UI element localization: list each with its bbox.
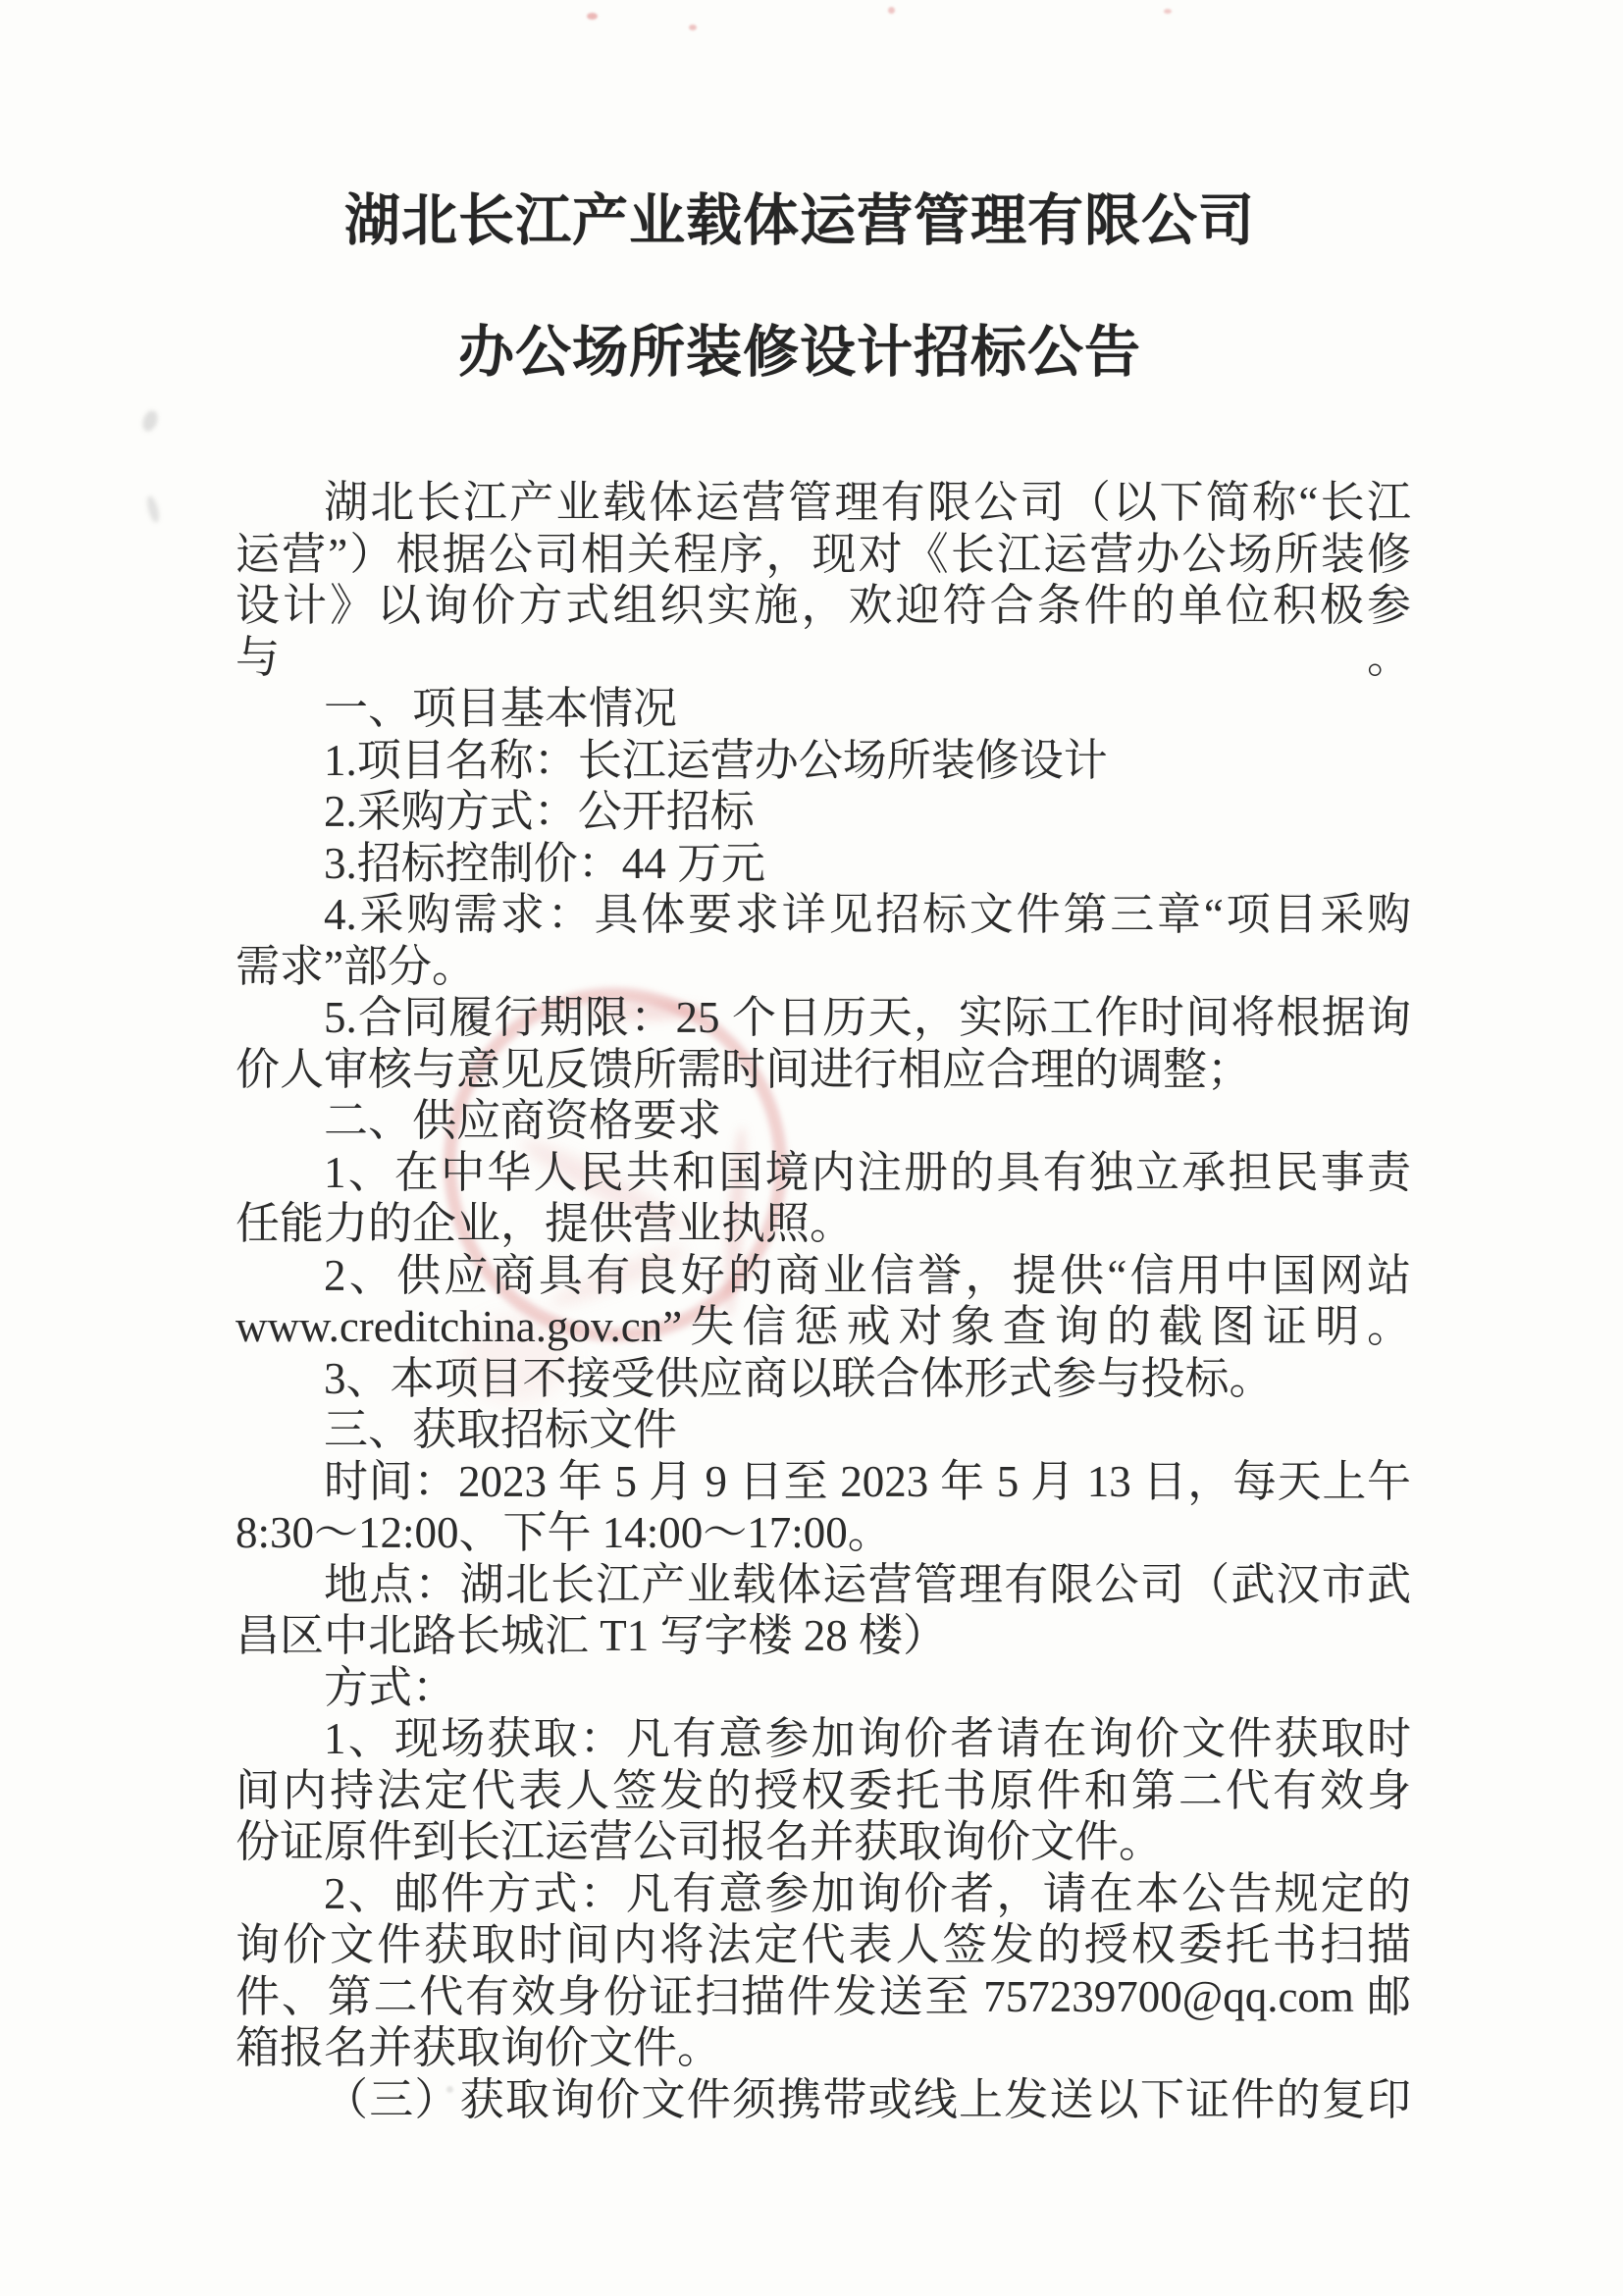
body-line: 2.采购方式：公开招标 <box>236 786 1411 838</box>
document-body: 湖北长江产业载体运营管理有限公司（以下简称“长江 运营”）根据公司相关程序，现对… <box>236 477 1411 2125</box>
body-line: 2、邮件方式：凡有意参加询价者，请在本公告规定的 <box>236 1868 1411 1920</box>
body-line: 1、现场获取：凡有意参加询价者请在询价文件获取时 <box>236 1713 1411 1765</box>
body-line: 方式： <box>236 1662 1411 1714</box>
body-line: 8:30～12:00、下午 14:00～17:00。 <box>236 1507 1411 1559</box>
body-line: 地点：湖北长江产业载体运营管理有限公司（武汉市武 <box>236 1559 1411 1611</box>
body-line: 时间：2023 年 5 月 9 日至 2023 年 5 月 13 日，每天上午 <box>236 1456 1411 1508</box>
body-line: 需求”部分。 <box>236 941 1411 993</box>
body-line: 2、供应商具有良好的商业信誉，提供“信用中国网站 <box>236 1250 1411 1302</box>
document-page: 湖北长江产业载体运营管理有限公司 办公场所装修设计招标公告 湖北长江产业载体运营… <box>0 0 1623 2296</box>
body-line: 5.合同履行期限：25 个日历天，实际工作时间将根据询 <box>236 992 1411 1044</box>
document-title-announcement: 办公场所装修设计招标公告 <box>196 320 1403 387</box>
body-line: 3.招标控制价：44 万元 <box>236 838 1411 890</box>
body-line: 3、本项目不接受供应商以联合体形式参与投标。 <box>236 1353 1411 1405</box>
scan-smudge <box>145 495 162 524</box>
body-line: 份证原件到长江运营公司报名并获取询价文件。 <box>236 1816 1411 1868</box>
body-line: 4.采购需求：具体要求详见招标文件第三章“项目采购 <box>236 889 1411 941</box>
section-heading: 一、项目基本情况 <box>236 683 1411 735</box>
body-line: （三）获取询价文件须携带或线上发送以下证件的复印 <box>236 2074 1411 2126</box>
body-line: 价人审核与意见反馈所需时间进行相应合理的调整； <box>236 1044 1411 1096</box>
body-line: 运营”）根据公司相关程序，现对《长江运营办公场所装修 <box>236 529 1411 581</box>
red-ink-speck <box>1164 9 1172 14</box>
section-heading: 三、获取招标文件 <box>236 1404 1411 1456</box>
body-line: 间内持法定代表人签发的授权委托书原件和第二代有效身 <box>236 1765 1411 1817</box>
scan-smudge <box>140 408 161 433</box>
body-line: www.creditchina.gov.cn”失信惩戒对象查询的截图证明。 <box>236 1301 1411 1353</box>
document-title-company: 湖北长江产业载体运营管理有限公司 <box>196 188 1403 255</box>
body-line: 询价文件获取时间内将法定代表人签发的授权委托书扫描 <box>236 1919 1411 1971</box>
body-line: 设计》以询价方式组织实施，欢迎符合条件的单位积极参与。 <box>236 580 1411 683</box>
section-heading: 二、供应商资格要求 <box>236 1095 1411 1147</box>
body-line: 件、第二代有效身份证扫描件发送至 757239700@qq.com 邮 <box>236 1971 1411 2023</box>
red-ink-speck <box>587 13 598 20</box>
red-ink-speck <box>689 25 697 30</box>
body-line: 1.项目名称：长江运营办公场所装修设计 <box>236 735 1411 787</box>
red-ink-speck <box>888 7 895 14</box>
body-line: 昌区中北路长城汇 T1 写字楼 28 楼） <box>236 1610 1411 1662</box>
document-header: 湖北长江产业载体运营管理有限公司 办公场所装修设计招标公告 <box>196 188 1403 387</box>
body-line: 任能力的企业，提供营业执照。 <box>236 1198 1411 1250</box>
body-line: 1、在中华人民共和国境内注册的具有独立承担民事责 <box>236 1147 1411 1199</box>
body-line: 箱报名并获取询价文件。 <box>236 2022 1411 2074</box>
body-line: 湖北长江产业载体运营管理有限公司（以下简称“长江 <box>236 477 1411 529</box>
